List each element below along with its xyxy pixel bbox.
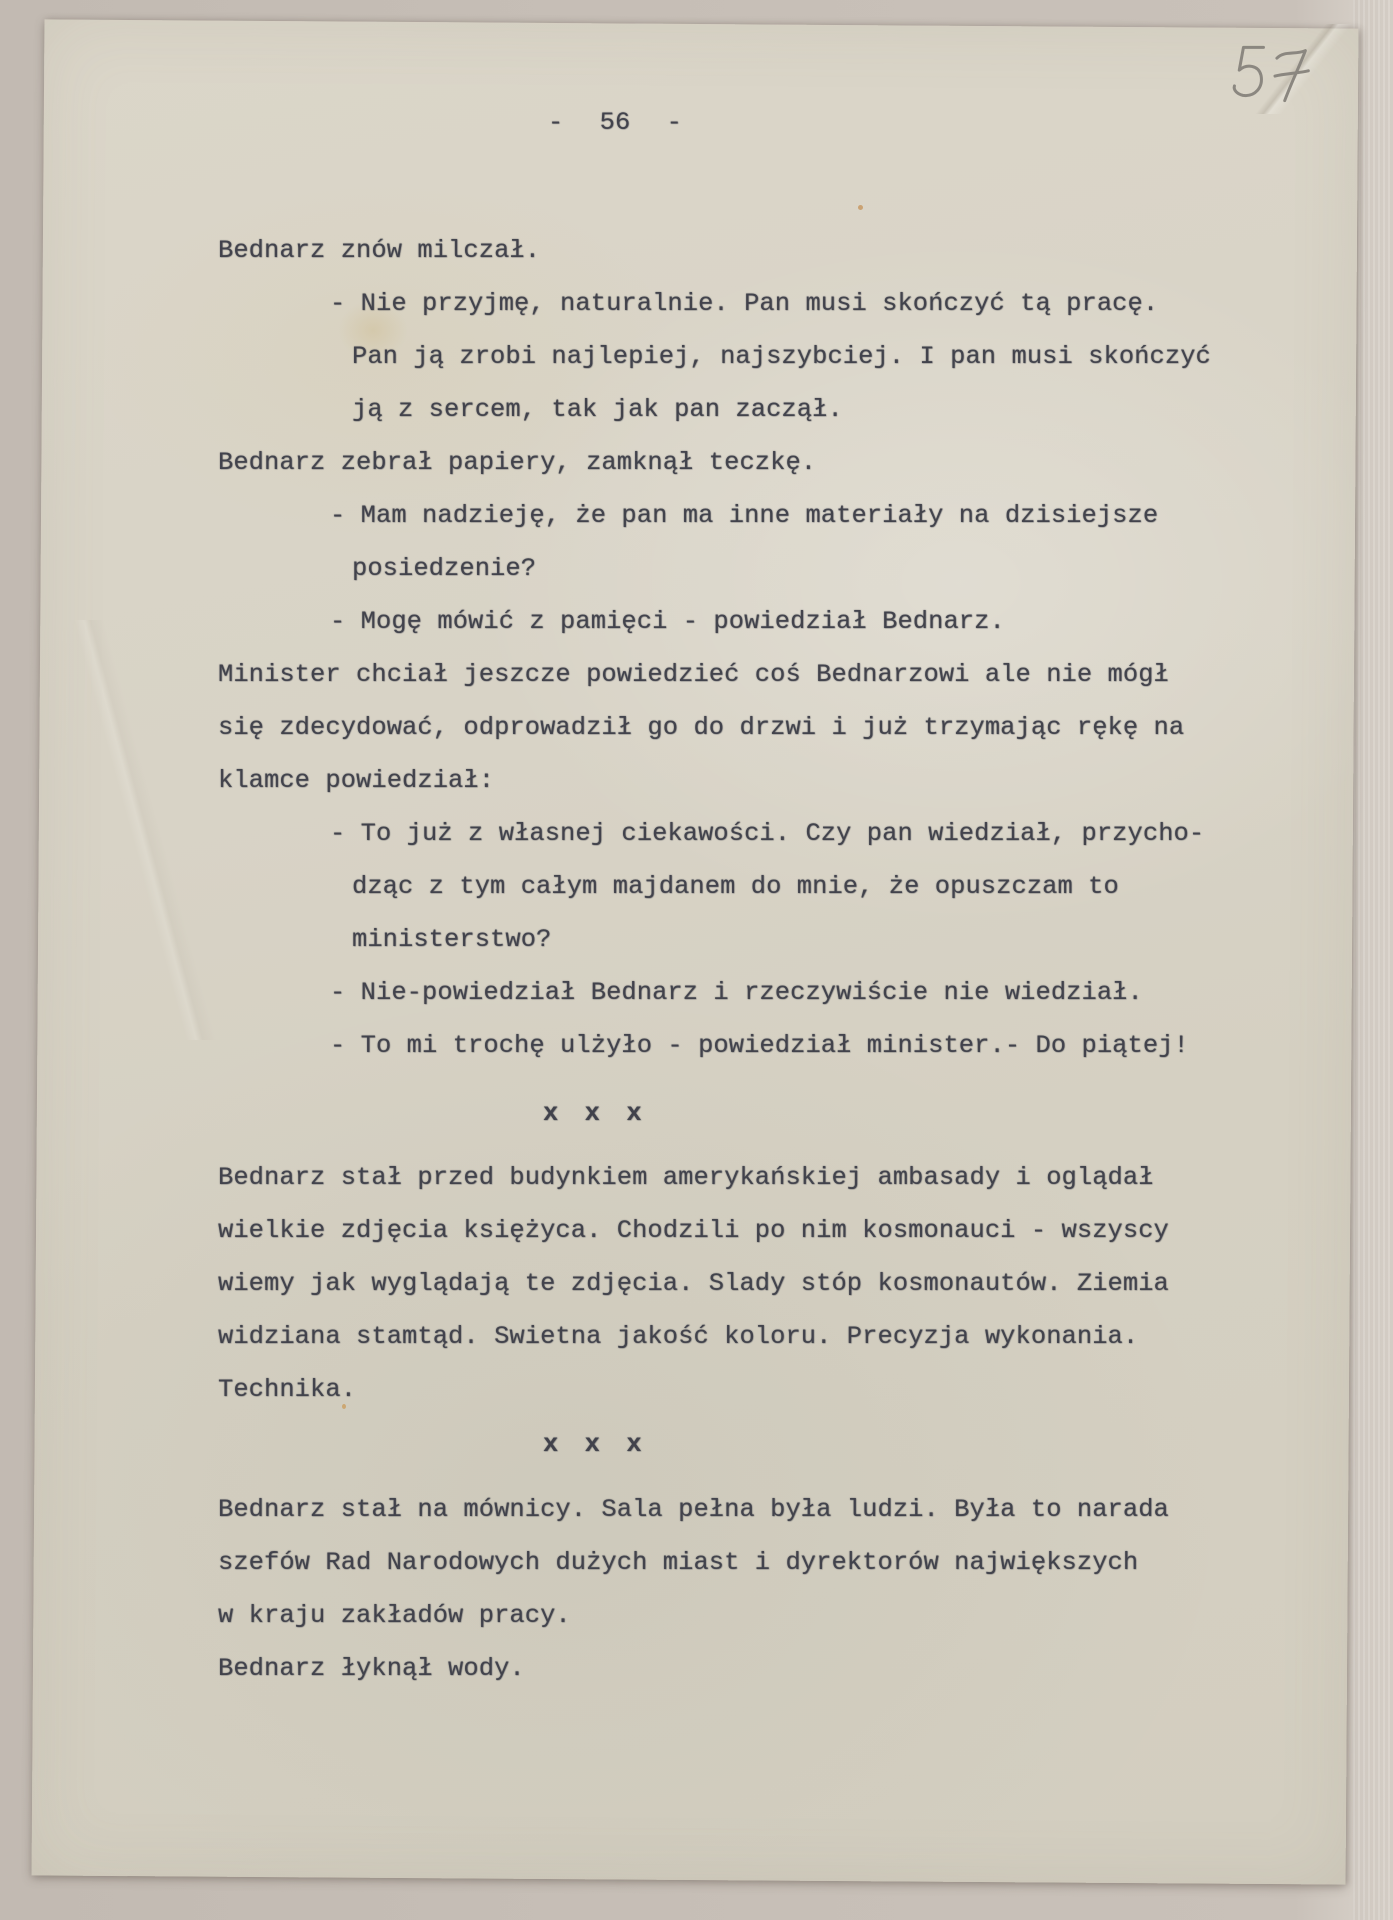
typed-line: szefów Rad Narodowych dużych miast i dyr… xyxy=(218,1536,1248,1589)
scanner-edge-strip xyxy=(1353,0,1393,1920)
typed-line: Technika. xyxy=(218,1363,1248,1416)
typed-line: Bednarz stał przed budynkiem amerykański… xyxy=(218,1151,1248,1204)
typed-line: Bednarz łyknął wody. xyxy=(218,1642,1248,1695)
typed-line: Bednarz znów milczał. xyxy=(218,224,1248,277)
typed-line: posiedzenie? xyxy=(352,542,1248,595)
scanned-typescript-page: { "page": { "header_page_number": "- 56 … xyxy=(0,0,1393,1920)
typed-line: wiemy jak wyglądają te zdjęcia. Slady st… xyxy=(218,1257,1248,1310)
typed-line: klamce powiedział: xyxy=(218,754,1248,807)
typed-line: widziana stamtąd. Swietna jakość koloru.… xyxy=(218,1310,1248,1363)
section-separator: x x x xyxy=(543,1418,1248,1471)
typed-line: się zdecydować, odprowadził go do drzwi … xyxy=(218,701,1248,754)
typed-line: w kraju zakładów pracy. xyxy=(218,1589,1248,1642)
typed-line: Pan ją zrobi najlepiej, najszybciej. I p… xyxy=(352,330,1248,383)
typed-line: dząc z tym całym majdanem do mnie, że op… xyxy=(352,860,1248,913)
section-separator: x x x xyxy=(543,1087,1248,1140)
typed-line: wielkie zdjęcia księżyca. Chodzili po ni… xyxy=(218,1204,1248,1257)
typed-line: - Nie przyjmę, naturalnie. Pan musi skoń… xyxy=(330,277,1248,330)
typed-line: ją z sercem, tak jak pan zaczął. xyxy=(352,383,1248,436)
handwritten-page-number xyxy=(1228,36,1320,116)
typed-line: - To już z własnej ciekawości. Czy pan w… xyxy=(330,807,1248,860)
typed-line: Minister chciał jeszcze powiedzieć coś B… xyxy=(218,648,1248,701)
typed-line: - Nie-powiedział Bednarz i rzeczywiście … xyxy=(330,966,1248,1019)
typed-line: - Mam nadzieję, że pan ma inne materiały… xyxy=(330,489,1248,542)
typed-line: Bednarz stał na mównicy. Sala pełna była… xyxy=(218,1483,1248,1536)
typed-line: - Mogę mówić z pamięci - powiedział Bedn… xyxy=(330,595,1248,648)
typed-line: ministerstwo? xyxy=(352,913,1248,966)
page-number-header: - 56 - xyxy=(548,96,682,149)
typed-line: - To mi trochę ulżyło - powiedział minis… xyxy=(330,1019,1248,1072)
typed-line: Bednarz zebrał papiery, zamknął teczkę. xyxy=(218,436,1248,489)
typescript-body: Bednarz znów milczał. - Nie przyjmę, nat… xyxy=(218,224,1248,1695)
